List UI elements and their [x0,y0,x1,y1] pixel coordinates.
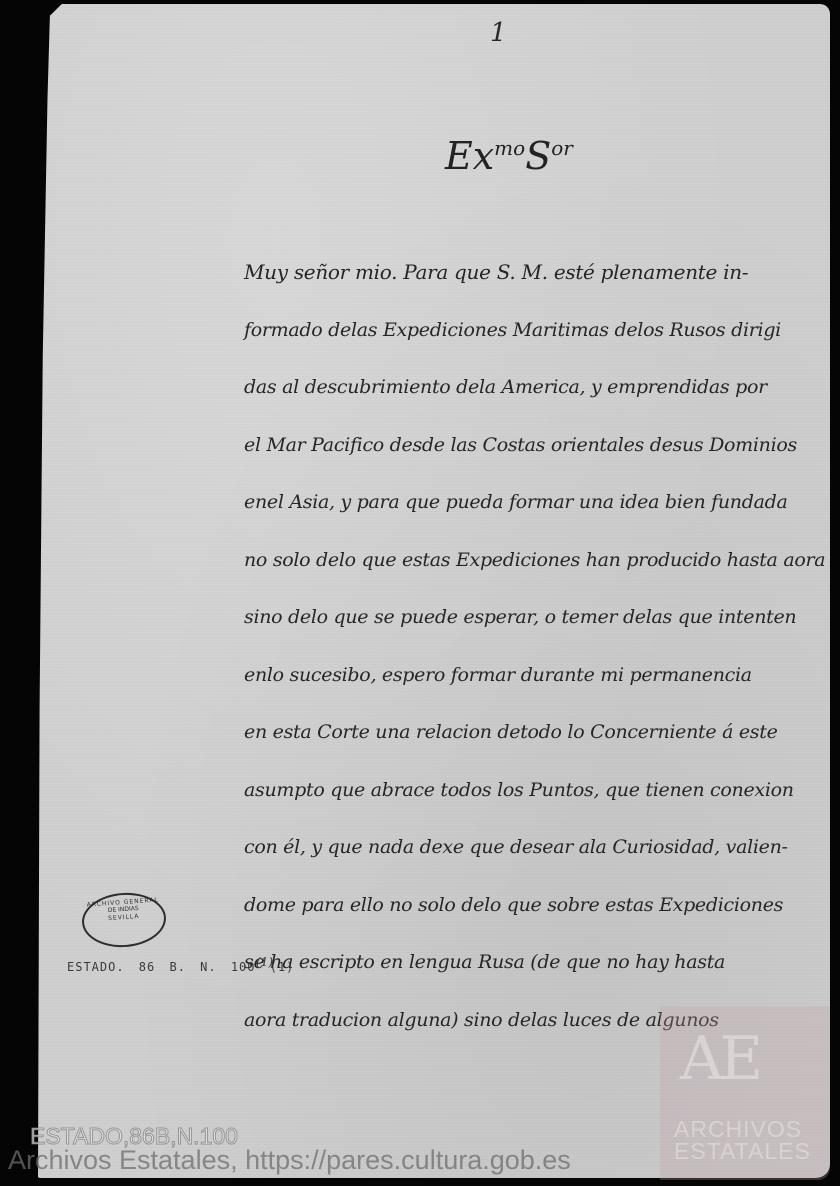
text-line: enlo sucesibo, espero formar durante mi … [244,655,834,713]
salutation-superscript-1: mo [494,136,525,160]
salutation-base: Ex [445,134,494,178]
watermark-credit: Archivos Estatales, https://pares.cultur… [8,1145,571,1176]
salutation-base-2: S [525,134,551,178]
letter-body: Muy señor mio. Para que S. M. esté plena… [244,252,834,1057]
text-line: con él, y que nada dexe que desear ala C… [244,827,834,885]
text-line: el Mar Pacifico desde las Costas orienta… [244,425,834,483]
text-line: sino delo que se puede esperar, o temer … [244,597,834,655]
logo-text: ARCHIVOS ESTATALES [674,1118,811,1162]
logo-letters: AE [680,1024,759,1094]
document-viewer: 1 ExmoSor Muy señor mio. Para que S. M. … [0,0,840,1186]
text-line: Muy señor mio. Para que S. M. esté plena… [244,252,834,310]
salutation-superscript-2: or [551,136,573,160]
text-line: se ha escripto en lengua Rusa (de que no… [244,942,834,1000]
salutation-heading: ExmoSor [445,128,573,176]
text-line: en esta Corte una relacion detodo lo Con… [244,712,834,770]
text-line: no solo delo que estas Expediciones han … [244,540,834,598]
text-line: asumpto que abrace todos los Puntos, que… [244,770,834,828]
logo-text-line2: ESTATALES [674,1140,811,1162]
folio-number: 1 [490,18,507,48]
logo-text-line1: ARCHIVOS [674,1118,811,1140]
text-line: enel Asia, y para que pueda formar una i… [244,482,834,540]
text-line: dome para ello no solo delo que sobre es… [244,885,834,943]
reference-label: ESTADO. 86 B. N. 100 (1) [67,960,294,974]
text-line: das al descubrimiento dela America, y em… [244,367,834,425]
archive-logo-watermark: AE ARCHIVOS ESTATALES [660,1006,830,1180]
text-line: formado delas Expediciones Maritimas del… [244,310,834,368]
